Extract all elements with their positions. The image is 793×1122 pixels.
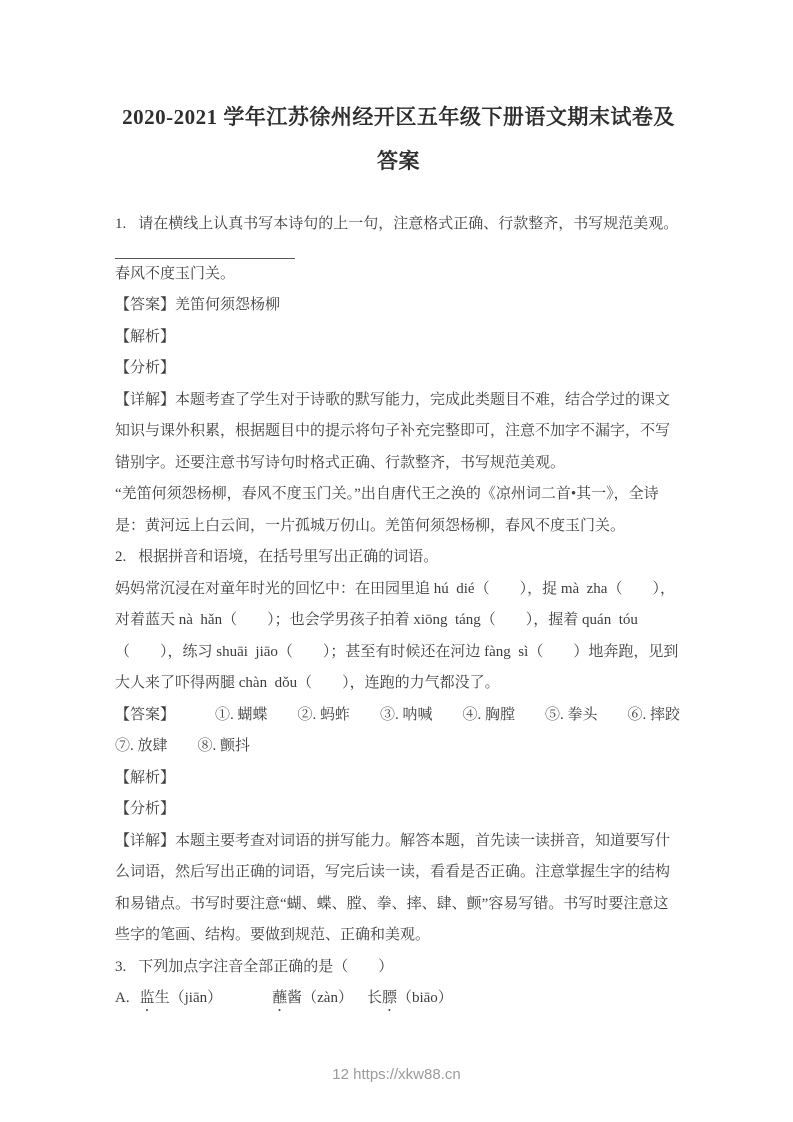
option-a-dotted-char-2: 蘸 — [272, 990, 287, 1006]
q1-quote-note: “羌笛何须怨杨柳，春风不度玉门关。”出自唐代王之涣的《凉州词二首•其一》，全诗是… — [115, 479, 682, 542]
option-a-dotted-char-3: 膘 — [382, 990, 397, 1006]
q1-answer-line: 【答案】羌笛何须怨杨柳 — [115, 290, 682, 322]
option-a-word-2: 酱（zàn） — [287, 990, 353, 1006]
xiangjie-label: 【详解】 — [115, 392, 175, 408]
q1-answer-text: 羌笛何须怨杨柳 — [175, 297, 280, 313]
q2-jiexi-label-line: 【解析】 — [115, 763, 682, 795]
option-a-word-3: （biāo） — [397, 990, 453, 1006]
question-1: 1.请在横线上认真书写本诗句的上一句，注意格式正确、行款整齐，书写规范美观。 — [115, 209, 682, 241]
q1-detail-paragraph: 【详解】本题考查了学生对于诗歌的默写能力，完成此类题目不难，结合学过的课文知识与… — [115, 385, 682, 480]
option-a-word-1: 生（jiān） — [155, 990, 223, 1006]
answer-label: 【答案】 — [115, 297, 175, 313]
question-3-number: 3. — [115, 959, 126, 975]
question-3-prompt: 下列加点字注音全部正确的是（ ） — [138, 959, 393, 975]
answer-label: 【答案】 — [115, 707, 175, 723]
q2-detail-text: 本题主要考查对词语的拼写能力。解答本题，首先读一读拼音，知道要写什么词语，然后写… — [115, 833, 670, 944]
poem-given-line: 春风不度玉门关。 — [115, 259, 682, 291]
document-content: 2020-2021 学年江苏徐州经开区五年级下册语文期末试卷及答案 1.请在横线… — [115, 95, 682, 1015]
xiangjie-label: 【详解】 — [115, 833, 175, 849]
question-1-prompt: 请在横线上认真书写本诗句的上一句，注意格式正确、行款整齐，书写规范美观。 — [138, 216, 678, 232]
option-a-dotted-char-1: 监 — [140, 990, 155, 1006]
q2-passage: 妈妈常沉浸在对童年时光的回忆中：在田园里追 hú dié（ ），捉 mà zha… — [115, 574, 682, 700]
question-2: 2.根据拼音和语境，在括号里写出正确的词语。 — [115, 542, 682, 574]
question-3: 3.下列加点字注音全部正确的是（ ） — [115, 952, 682, 984]
question-2-number: 2. — [115, 549, 126, 565]
q2-answers-text: ①. 蝴蝶 ②. 蚂蚱 ③. 呐喊 ④. 胸膛 ⑤. 拳头 ⑥. 摔跤 ⑦. 放… — [115, 707, 710, 755]
document-page: 2020-2021 学年江苏徐州经开区五年级下册语文期末试卷及答案 1.请在横线… — [0, 0, 793, 1122]
question-2-prompt: 根据拼音和语境，在括号里写出正确的词语。 — [138, 549, 438, 565]
q2-answer-line: 【答案】①. 蝴蝶 ②. 蚂蚱 ③. 呐喊 ④. 胸膛 ⑤. 拳头 ⑥. 摔跤 … — [115, 700, 682, 763]
option-a-label: A. — [115, 990, 130, 1006]
answer-blank-line — [115, 241, 295, 259]
q1-detail-text: 本题考查了学生对于诗歌的默写能力，完成此类题目不难，结合学过的课文知识与课外积累… — [115, 392, 670, 471]
footer-page-number-url: 12 https://xkw88.cn — [332, 1066, 460, 1083]
q2-fenxi-label-line: 【分析】 — [115, 794, 682, 826]
q1-fenxi-label-line: 【分析】 — [115, 353, 682, 385]
option-a-word-3-prefix: 长 — [367, 990, 382, 1006]
page-footer: 12 https://xkw88.cn — [0, 1066, 793, 1083]
q2-detail-paragraph: 【详解】本题主要考查对词语的拼写能力。解答本题，首先读一读拼音，知道要写什么词语… — [115, 826, 682, 952]
q3-option-a: A.监生（jiān）蘸酱（zàn）长膘（biāo） — [115, 983, 682, 1015]
q1-jiexi-label-line: 【解析】 — [115, 322, 682, 354]
exam-title: 2020-2021 学年江苏徐州经开区五年级下册语文期末试卷及答案 — [115, 95, 682, 183]
question-1-number: 1. — [115, 216, 126, 232]
